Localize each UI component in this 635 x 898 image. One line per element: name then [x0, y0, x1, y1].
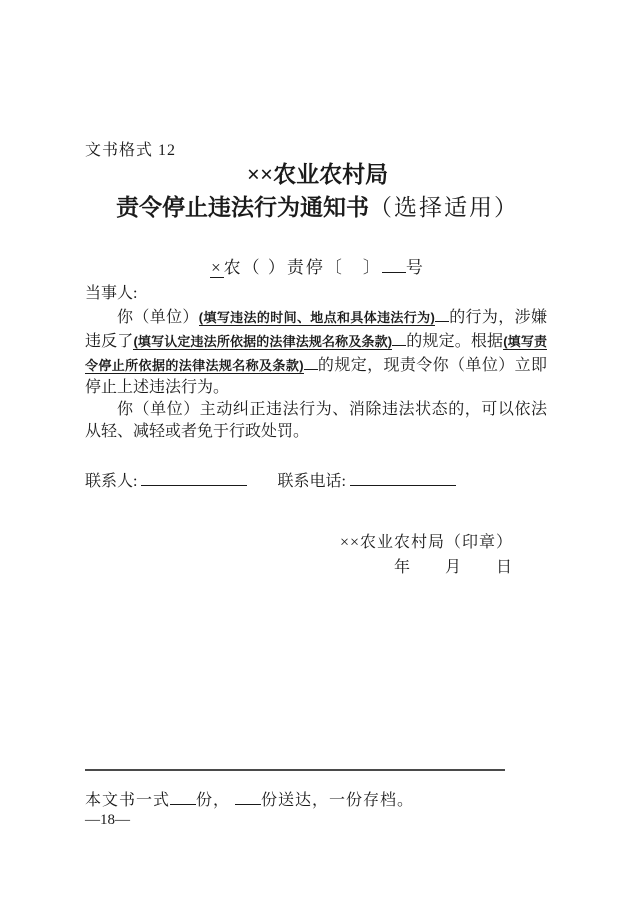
- p1-blank-2: [392, 329, 406, 346]
- signature-org-seal: ××农业农村局（印章）: [0, 530, 513, 555]
- document-body: 当事人: 你（单位）(填写违法的时间、地点和具体违法行为)的行为，涉嫌违反了(填…: [85, 283, 547, 443]
- document-format-label: 文书格式 12: [85, 137, 176, 160]
- issuing-agency-title: ××农业农村局: [0, 158, 635, 191]
- document-page: 文书格式 12 ××农业农村局 责令停止违法行为通知书（选择适用） ×农（ ）责…: [0, 0, 635, 898]
- document-number-line: ×农（ ）责停〔 〕号: [0, 253, 635, 278]
- p1-text-1: 你（单位）: [117, 309, 199, 326]
- signature-date: 年 月 日: [0, 555, 513, 580]
- doc-number-suffix: 号: [406, 258, 425, 277]
- page-number: —18—: [85, 812, 130, 829]
- p1-fill-hint-violation-details: (填写违法的时间、地点和具体违法行为): [199, 310, 435, 326]
- footer-divider: [85, 769, 505, 771]
- contact-person-label: 联系人:: [85, 473, 137, 490]
- title-block: ××农业农村局 责令停止违法行为通知书（选择适用）: [0, 158, 635, 224]
- p1-fill-hint-violated-law: (填写认定违法所依据的法律法规名称及条款): [133, 334, 392, 350]
- footer-blank-delivered-copies: [235, 788, 261, 805]
- p1-blank-1: [435, 305, 449, 322]
- contact-line: 联系人: 联系电话:: [85, 468, 456, 491]
- doc-number-body: 农（ ）责停〔 〕: [224, 258, 382, 277]
- footer-text-1: 本文书一式: [85, 792, 170, 809]
- contact-phone-label: 联系电话:: [277, 473, 345, 490]
- footer-text-3: 份送达，一份存档。: [261, 792, 414, 809]
- paragraph-mitigation: 你（单位）主动纠正违法行为、消除违法状态的，可以依法从轻、减轻或者免于行政处罚。: [85, 399, 547, 443]
- footer-blank-total-copies: [170, 788, 196, 805]
- footer-note: 本文书一式份， 份送达，一份存档。: [85, 787, 414, 810]
- salutation: 当事人:: [85, 283, 547, 305]
- document-title-line: 责令停止违法行为通知书（选择适用）: [0, 191, 635, 224]
- contact-person-blank-field: [141, 469, 247, 486]
- document-title-suffix: （选择适用）: [369, 195, 519, 220]
- doc-number-blank-field: [382, 255, 406, 273]
- contact-phone-blank-field: [350, 469, 456, 486]
- document-title: 责令停止违法行为通知书: [116, 195, 369, 220]
- paragraph-violation: 你（单位）(填写违法的时间、地点和具体违法行为)的行为，涉嫌违反了(填写认定违法…: [85, 305, 547, 399]
- doc-number-agency-placeholder: ×: [210, 258, 224, 278]
- p1-blank-3: [304, 353, 318, 370]
- signature-block: ××农业农村局（印章） 年 月 日: [0, 530, 635, 580]
- p1-text-3: 的规定。根据: [406, 333, 503, 350]
- footer-text-2: 份，: [196, 792, 230, 809]
